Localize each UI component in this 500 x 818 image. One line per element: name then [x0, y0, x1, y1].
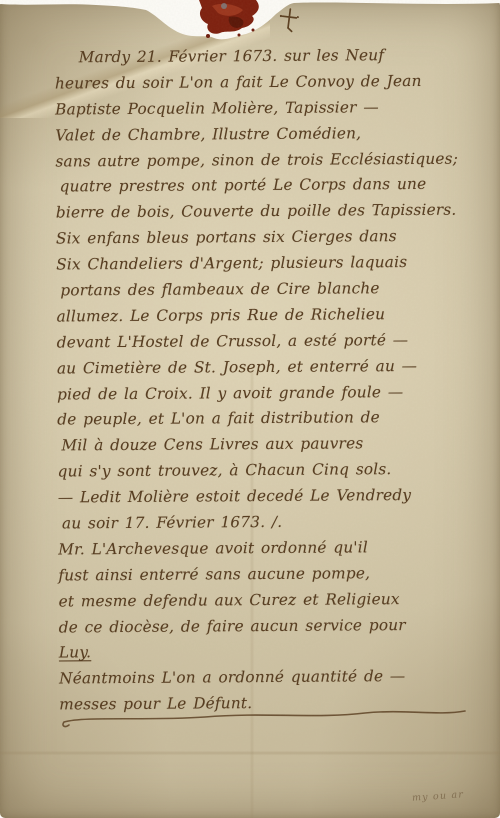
manuscript-line: devant L'Hostel de Crussol, a esté porté… [57, 327, 471, 356]
manuscript-line: heures du soir L'on a fait Le Convoy de … [55, 68, 469, 97]
manuscript-line: Six Chandeliers d'Argent; plusieurs laqu… [56, 250, 470, 279]
manuscript-line: Valet de Chambre, Illustre Comédien, [55, 120, 469, 149]
manuscript-line: de ce diocèse, de faire aucun service po… [59, 612, 473, 641]
torn-edge [0, 0, 500, 48]
manuscript-line: quatre prestres ont porté Le Corps dans … [56, 172, 470, 201]
manuscript-line: au soir 17. Février 1673. /. [58, 509, 472, 538]
manuscript-line: sans autre pompe, sinon de trois Ecclési… [55, 146, 469, 175]
manuscript-line: Baptiste Pocquelin Molière, Tapissier — [55, 94, 469, 123]
cross-mark-icon [276, 5, 301, 35]
manuscript-text: Mardy 21. Février 1673. sur les Neuf heu… [55, 43, 474, 719]
manuscript-line: au Cimetière de St. Joseph, et enterré a… [57, 353, 471, 382]
manuscript-line: Mr. L'Archevesque avoit ordonné qu'il [58, 534, 472, 563]
flourish-line [55, 700, 475, 734]
manuscript-line: et mesme defendu aux Curez et Religieux [58, 586, 472, 615]
manuscript-line: fust ainsi enterré sans aucune pompe, [58, 560, 472, 589]
manuscript-line: Néantmoins L'on a ordonné quantité de — [59, 664, 473, 693]
manuscript-line: allumez. Le Corps pris Rue de Richelieu [56, 301, 470, 330]
manuscript-line: de peuple, et L'on a fait distribution d… [57, 405, 471, 434]
manuscript-line: portans des flambeaux de Cire blanche [56, 276, 470, 305]
manuscript-line: qui s'y sont trouvez, à Chacun Cinq sols… [58, 457, 472, 486]
manuscript-line: bierre de bois, Couverte du poille des T… [56, 198, 470, 227]
manuscript-line: Six enfans bleus portans six Cierges dan… [56, 224, 470, 253]
manuscript-line: Mardy 21. Février 1673. sur les Neuf [55, 43, 469, 72]
manuscript-line: Luy. [59, 638, 473, 667]
manuscript-line: Mil à douze Cens Livres aux pauvres [57, 431, 471, 460]
manuscript-line: — Ledit Molière estoit decedé Le Vendred… [58, 483, 472, 512]
manuscript-line: pied de la Croix. Il y avoit grande foul… [57, 379, 471, 408]
